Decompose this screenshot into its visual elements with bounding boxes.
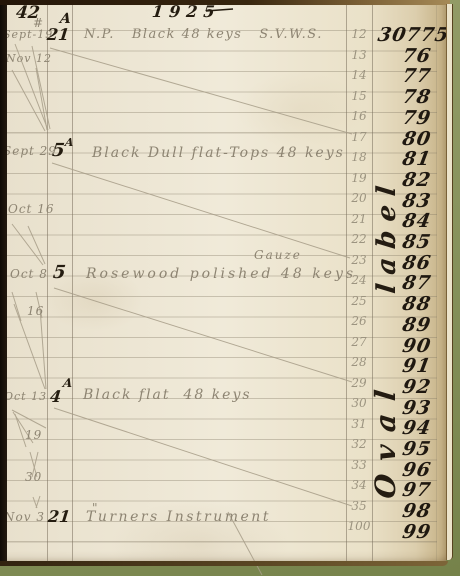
serial-number: 80 xyxy=(376,130,432,149)
column-line-date xyxy=(47,0,48,563)
row-number: 100 xyxy=(346,520,372,532)
page-bottom-edge xyxy=(0,561,448,566)
margin-date-1: Sept-19 xyxy=(3,29,53,40)
row-number: 18 xyxy=(346,151,372,163)
row-number: 35 xyxy=(346,500,372,512)
scan-left-edge xyxy=(0,0,7,566)
row-number: 19 xyxy=(346,172,372,184)
year-heading: 1925 xyxy=(151,4,221,20)
row-number: 13 xyxy=(346,49,372,61)
serial-number: 77 xyxy=(376,67,432,86)
row-number: 28 xyxy=(346,356,372,368)
serial-number: 89 xyxy=(376,316,432,335)
entry4-number: 4 xyxy=(49,389,62,405)
column-line-quantity xyxy=(72,0,73,563)
entry4-description: Black flat 48 keys xyxy=(83,388,252,402)
annotation-gauze: Gauze xyxy=(254,249,302,261)
entry3-description: Rosewood polished 48 keys xyxy=(86,267,356,281)
row-number: 23 xyxy=(346,254,372,266)
row-number: 20 xyxy=(346,192,372,204)
entry2-letter: A xyxy=(64,137,74,148)
margin-date-4: Oct 16 xyxy=(8,203,54,215)
margin-date-8: 19 xyxy=(25,429,42,441)
serial-number: 81 xyxy=(376,150,432,169)
margin-date-10: Nov 3 xyxy=(4,511,45,523)
margin-date-9: 30 xyxy=(25,471,42,483)
margin-date-3: Sept 29 xyxy=(3,145,57,157)
margin-date-2: Nov 12 xyxy=(6,53,52,64)
row-number: 12 xyxy=(346,28,372,40)
row-number: 27 xyxy=(346,336,372,348)
row-number: 14 xyxy=(346,69,372,81)
row-number: 25 xyxy=(346,295,372,307)
row-number: 15 xyxy=(346,90,372,102)
serial-number: 91 xyxy=(376,357,432,376)
margin-date-7: Oct 13 xyxy=(4,391,47,402)
entry1-description: N.P. Black 48 keys S.V.W.S. xyxy=(84,28,323,41)
row-number: 17 xyxy=(346,131,372,143)
row-number: 26 xyxy=(346,315,372,327)
serial-number: 79 xyxy=(376,109,432,128)
entry4-letter: A xyxy=(62,377,73,389)
row-number: 22 xyxy=(346,233,372,245)
serial-number: 30775 xyxy=(376,26,432,45)
margin-date-5: Oct 8 xyxy=(10,268,48,280)
margin-date-6: 16 xyxy=(27,305,44,317)
serial-number: 76 xyxy=(376,47,432,66)
serial-number: 90 xyxy=(376,337,432,356)
entry1-letter: A xyxy=(59,12,71,26)
serial-number: 98 xyxy=(376,502,432,521)
row-number: 21 xyxy=(346,213,372,225)
vertical-note-label: label xyxy=(374,176,400,295)
serial-number: 99 xyxy=(376,523,432,542)
scanned-ledger-scan: 421925A215A54A21#Sept-19Nov 12Sept 29Oct… xyxy=(0,0,460,576)
page-edge-sliver xyxy=(446,4,453,560)
entry5-number: 21 xyxy=(47,509,71,525)
serial-number: 88 xyxy=(376,295,432,314)
entry2-description: Black Dull flat-Tops 48 keys xyxy=(92,146,345,160)
row-number: 16 xyxy=(346,110,372,122)
entry5-description: Turners Instrument xyxy=(86,510,271,524)
column-line-margin xyxy=(436,0,437,563)
scan-top-edge xyxy=(0,0,450,5)
serial-number: 78 xyxy=(376,88,432,107)
entry3-number: 5 xyxy=(52,264,66,282)
row-number: 24 xyxy=(346,274,372,286)
vertical-note-oval: Oval xyxy=(372,376,400,500)
